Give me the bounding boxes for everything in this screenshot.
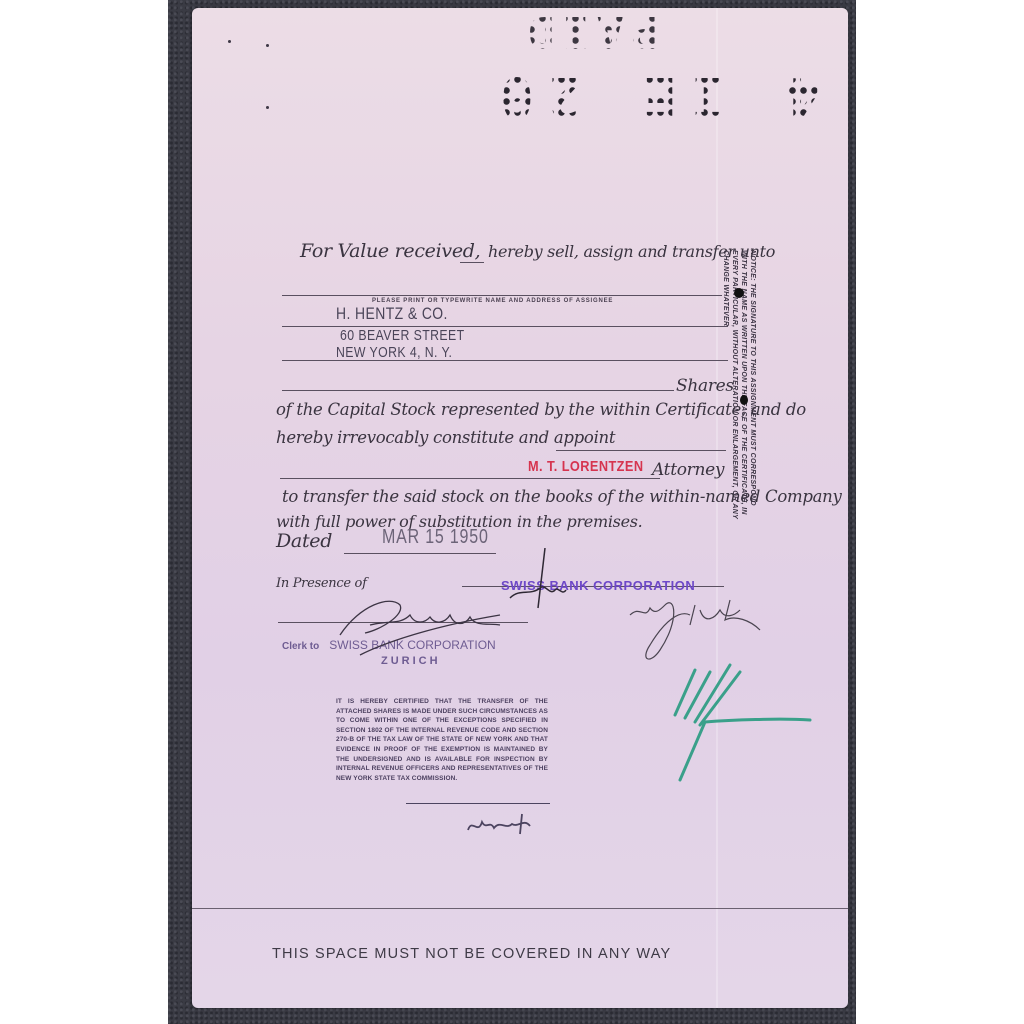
perforation-top: PAID: [520, 6, 658, 57]
paper-fold: [716, 8, 718, 1008]
assignee-city: NEW YORK 4, N. Y.: [336, 344, 452, 361]
clerk-to-label: Clerk to: [282, 641, 319, 652]
rule-attorney: [280, 478, 660, 479]
green-initials-signature: [640, 660, 820, 790]
assignee-street: 60 BEAVER STREET: [340, 327, 465, 344]
rule-dated: [344, 553, 496, 554]
transfer-line: to transfer the said stock on the books …: [282, 487, 841, 506]
tax-certification: It is hereby certified that the transfer…: [336, 697, 548, 783]
perforation-bottom: 4 IE 20: [486, 64, 820, 129]
rule-assignee-top: [282, 295, 722, 296]
punch-mark: [740, 395, 748, 405]
speck: [266, 106, 269, 109]
for-value-received: For Value received,: [300, 240, 480, 262]
dated-label: Dated: [276, 530, 332, 552]
speck: [228, 40, 231, 43]
rule-footer: [192, 908, 848, 909]
footer-warning: THIS SPACE MUST NOT BE COVERED IN ANY WA…: [272, 946, 671, 962]
rule-assignee-3: [282, 360, 728, 361]
rule-appoint: [556, 450, 726, 451]
rule-tax-signature: [406, 803, 550, 804]
tax-cert-signature: [460, 810, 550, 840]
speck: [266, 44, 269, 47]
attorney-stamp: M. T. LORENTZEN: [528, 458, 643, 475]
attorney-word: Attorney: [652, 460, 724, 480]
attorney-signature: [500, 548, 580, 618]
shares-word: Shares: [676, 376, 734, 396]
company-signature: [620, 590, 770, 670]
rule-blank-1: [460, 262, 484, 263]
appoint-line: hereby irrevocably constitute and appoin…: [276, 428, 615, 447]
dated-stamp: MAR 15 1950: [382, 526, 489, 549]
rule-shares: [282, 390, 674, 391]
punch-mark: [734, 288, 744, 298]
assignee-name: H. HENTZ & CO.: [336, 304, 448, 324]
